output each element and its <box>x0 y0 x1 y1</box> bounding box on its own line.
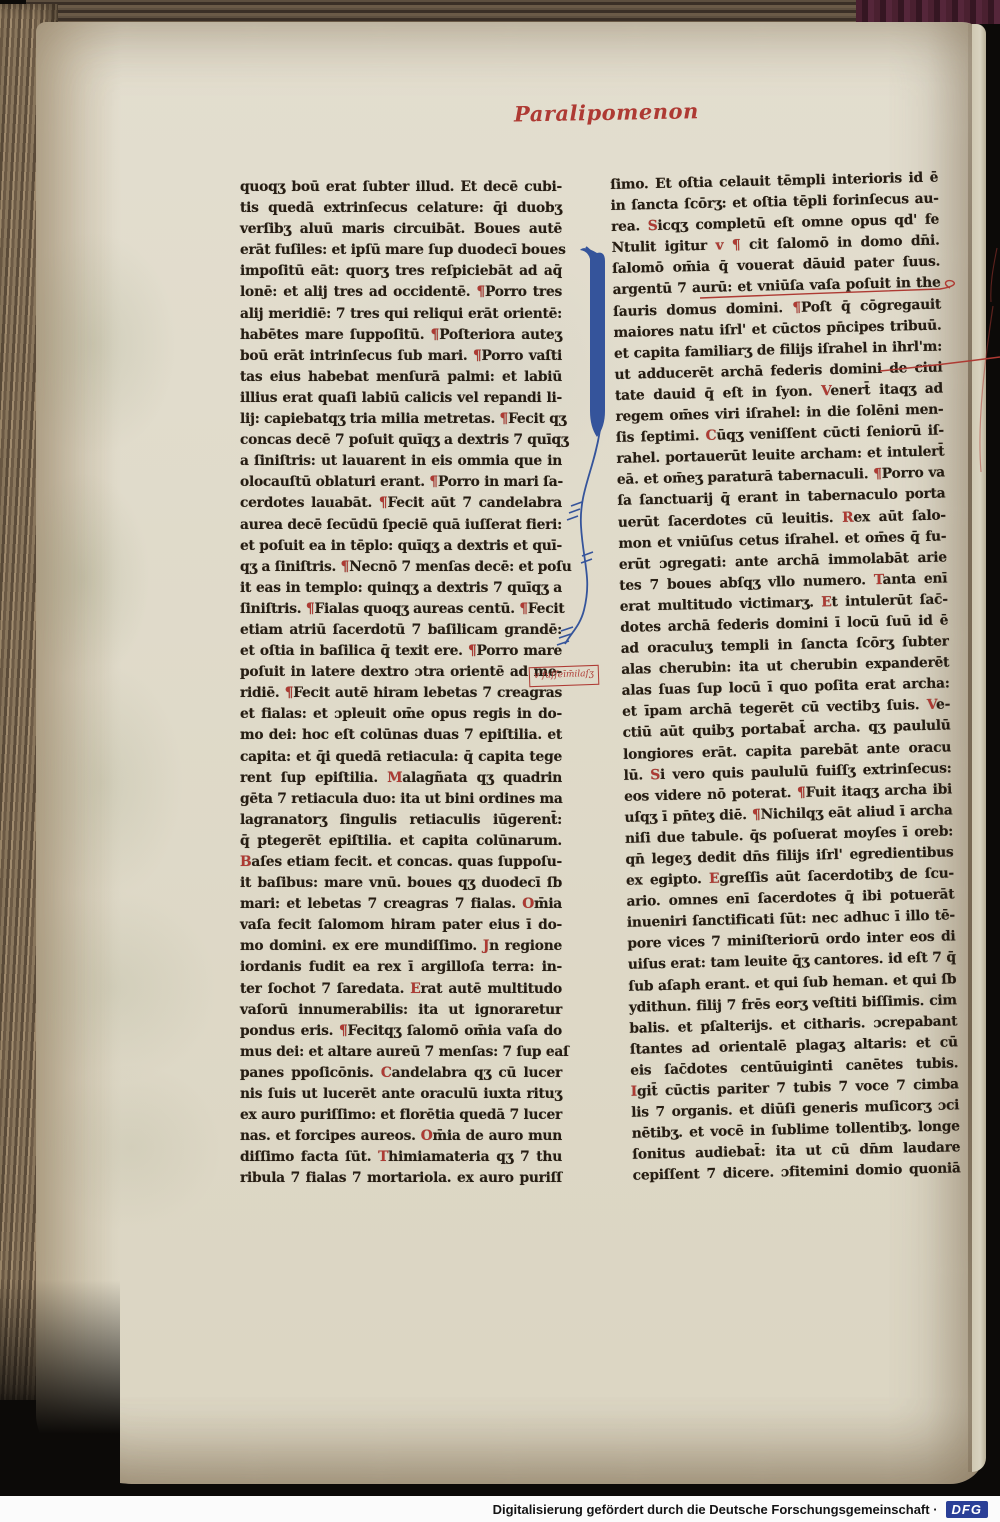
rubric-mark: ¶ <box>285 685 294 701</box>
text-line: iordanis fudit ea rex ī argilloſa terra:… <box>240 957 562 978</box>
text-line: cerdotes lauabāt. ¶Fecit aūt 7 candelabr… <box>240 493 562 514</box>
text-line: Baſes etiam fecit. et concas. quas ſuppo… <box>240 852 562 873</box>
text-line: mo domini. ex ere mundiſſimo. Jn regione <box>240 936 562 957</box>
digitization-credit-bar: Digitalisierung gefördert durch die Deut… <box>0 1496 1000 1522</box>
text-column-right: ſimo. Et oſtia celauit tēmpli interioris… <box>610 168 961 1188</box>
text-line: vaſorū innumerabilis: ita ut ignoraretur <box>240 1000 562 1021</box>
rubric-mark: E <box>410 981 420 997</box>
rubric-mark: E <box>821 594 832 610</box>
text-line: mo dei: hoc eſt colūnas duas 7 epiſtilia… <box>240 725 562 746</box>
text-line: illius erat quaſi labiū calicis vel repa… <box>240 388 562 409</box>
rubric-mark: ¶ <box>873 466 882 482</box>
text-line: aurea decē ſecūdū ſpeciē quā iuſſerat fi… <box>240 515 562 536</box>
text-line: concas decē 7 poſuit quīqʒ a dextris 7 q… <box>240 430 562 451</box>
text-line: tis quedā extrinſecus celature: q̄i duob… <box>240 198 562 219</box>
text-line: tas eius habebat menſurā palmi: et labiū <box>240 367 562 388</box>
rubric-mark: ¶ <box>519 601 528 617</box>
text-line: mus dei: et altare aureū 7 menſas: 7 ſup… <box>240 1042 562 1063</box>
text-line: panes ppoſicōnis. Candelabra qʒ cū lucer <box>240 1063 562 1084</box>
underlying-page-edge <box>972 24 986 1472</box>
text-line: ridiē. ¶Fecit autē hiram lebetas 7 creag… <box>240 683 562 704</box>
text-line: et fialas: et ɔpleuit om̄e opus regis in… <box>240 704 562 725</box>
text-line: diſſimo facta ſūt. Thimiamateria qʒ 7 th… <box>240 1147 562 1168</box>
rubric-mark: ¶ <box>500 411 509 427</box>
text-line: erāt fuſiles: et ipſū mare ſup duodecī b… <box>240 240 562 261</box>
text-line: nas. et forcipes aureos. Om̄ia de auro m… <box>240 1126 562 1147</box>
text-line: it baſibus: mare vnū. boues qʒ duodecī ſ… <box>240 873 562 894</box>
text-line: impoſitū eāt: quorʒ tres reſpiciebāt ad … <box>240 261 562 282</box>
text-line: qʒ a ſiniſtris. ¶Necnō 7 menſas decē: et… <box>240 557 562 578</box>
text-line: vaſa fecit ſalomom hiram pater eius ī do… <box>240 915 562 936</box>
rubric-mark: O <box>421 1128 433 1144</box>
text-line: rent ſup epiſtilia. Malagñata qʒ quadrin <box>240 768 562 789</box>
rubric-mark: ¶ <box>431 327 440 343</box>
text-line: quoqʒ boū erat ſubter illud. Et decē cub… <box>240 177 562 198</box>
rubric-mark: ¶ <box>429 474 438 490</box>
rubric-mark: M <box>387 770 402 786</box>
text-line: olocauſtū oblaturi erant. ¶Porro in mari… <box>240 472 562 493</box>
text-line: verſibʒ aluū maris circuibāt. Boues autē <box>240 219 562 240</box>
text-line: ex auro puriſſimo: et florētia quedā 7 l… <box>240 1105 562 1126</box>
manuscript-scan: Paralipomenon quoqʒ boū erat ſubter illu… <box>0 0 1000 1522</box>
rubric-mark: V <box>927 697 937 713</box>
text-line: lij: capiebatqʒ tria milia metretas. ¶Fe… <box>240 409 562 430</box>
rubric-mark: v ¶ <box>715 237 740 254</box>
text-column-left: quoqʒ boū erat ſubter illud. Et decē cub… <box>240 177 562 1190</box>
text-line: boū erāt intrinſecus ſub mari. ¶Porro va… <box>240 346 562 367</box>
text-line: alij meridiē: 7 tres qui reliqui erāt or… <box>240 304 562 325</box>
edge-shadow <box>0 1280 120 1500</box>
credit-text: Digitalisierung gefördert durch die Deut… <box>493 1502 938 1517</box>
rubric-mark: ¶ <box>797 784 806 800</box>
text-line: et poſuit ea in tēplo: quīqʒ a dextris e… <box>240 536 562 557</box>
marginal-gloss: v fuſſeīm̄ilaſʒ <box>529 665 600 687</box>
rubric-mark: ¶ <box>792 299 801 315</box>
text-line: habētes mare ſuppoſitū. ¶Poſteriora aute… <box>240 325 562 346</box>
text-line: ribula 7 fialas 7 mortariola. ex auro pu… <box>240 1168 562 1189</box>
text-line: ſiniſtris. ¶Fialas quoqʒ aureas centū. ¶… <box>240 599 562 620</box>
text-line: poſuit in latere dextro ɔtra orientē ad … <box>240 662 562 683</box>
rubric-mark: R <box>842 509 854 525</box>
rubric-mark: ¶ <box>341 559 350 575</box>
rubric-mark: ¶ <box>339 1023 348 1039</box>
dfg-logo: DFG <box>946 1501 988 1518</box>
text-line: lagranatorʒ ſingulis retiaculis iūgerent… <box>240 810 562 831</box>
text-line: pondus eris. ¶Fecitqʒ ſalomō om̄ia vaſa … <box>240 1021 562 1042</box>
text-line: et oſtia in baſilica q̄ texit ere. ¶Porr… <box>240 641 562 662</box>
rubric-mark: B <box>240 854 251 870</box>
text-line: etiam atriū ſacerdotū 7 baſilicam grandē… <box>240 620 562 641</box>
rubric-mark: ¶ <box>476 284 485 300</box>
text-line: a ſiniſtris: ut lauarent in eis ommia qu… <box>240 451 562 472</box>
running-title: Paralipomenon <box>514 99 684 127</box>
text-line: mari: et lebetas 7 creagras 7 fialas. Om… <box>240 894 562 915</box>
text-line: ter ſochot 7 ſaredata. Erat autē multitu… <box>240 979 562 1000</box>
rubric-mark: T <box>378 1149 388 1165</box>
text-line: lonē: et alij tres ad occidentē. ¶Porro … <box>240 282 562 303</box>
text-line: nis ſuis ut lucerēt ante oraculū iuxta r… <box>240 1084 562 1105</box>
book-cover-cloth <box>856 0 1000 24</box>
text-line: it eas in templo: quinqʒ a dextris 7 quī… <box>240 578 562 599</box>
rubric-mark: ¶ <box>473 348 482 364</box>
rubric-mark: O <box>522 896 534 912</box>
text-line: q̄ ptegerēt epiſtilia. et capita colūnar… <box>240 831 562 852</box>
text-line: capita: et q̄i quedā retiacula: q̄ capit… <box>240 747 562 768</box>
rubric-mark: C <box>381 1065 392 1081</box>
text-line: gēta 7 retiacula duo: ita ut bini ordine… <box>240 789 562 810</box>
